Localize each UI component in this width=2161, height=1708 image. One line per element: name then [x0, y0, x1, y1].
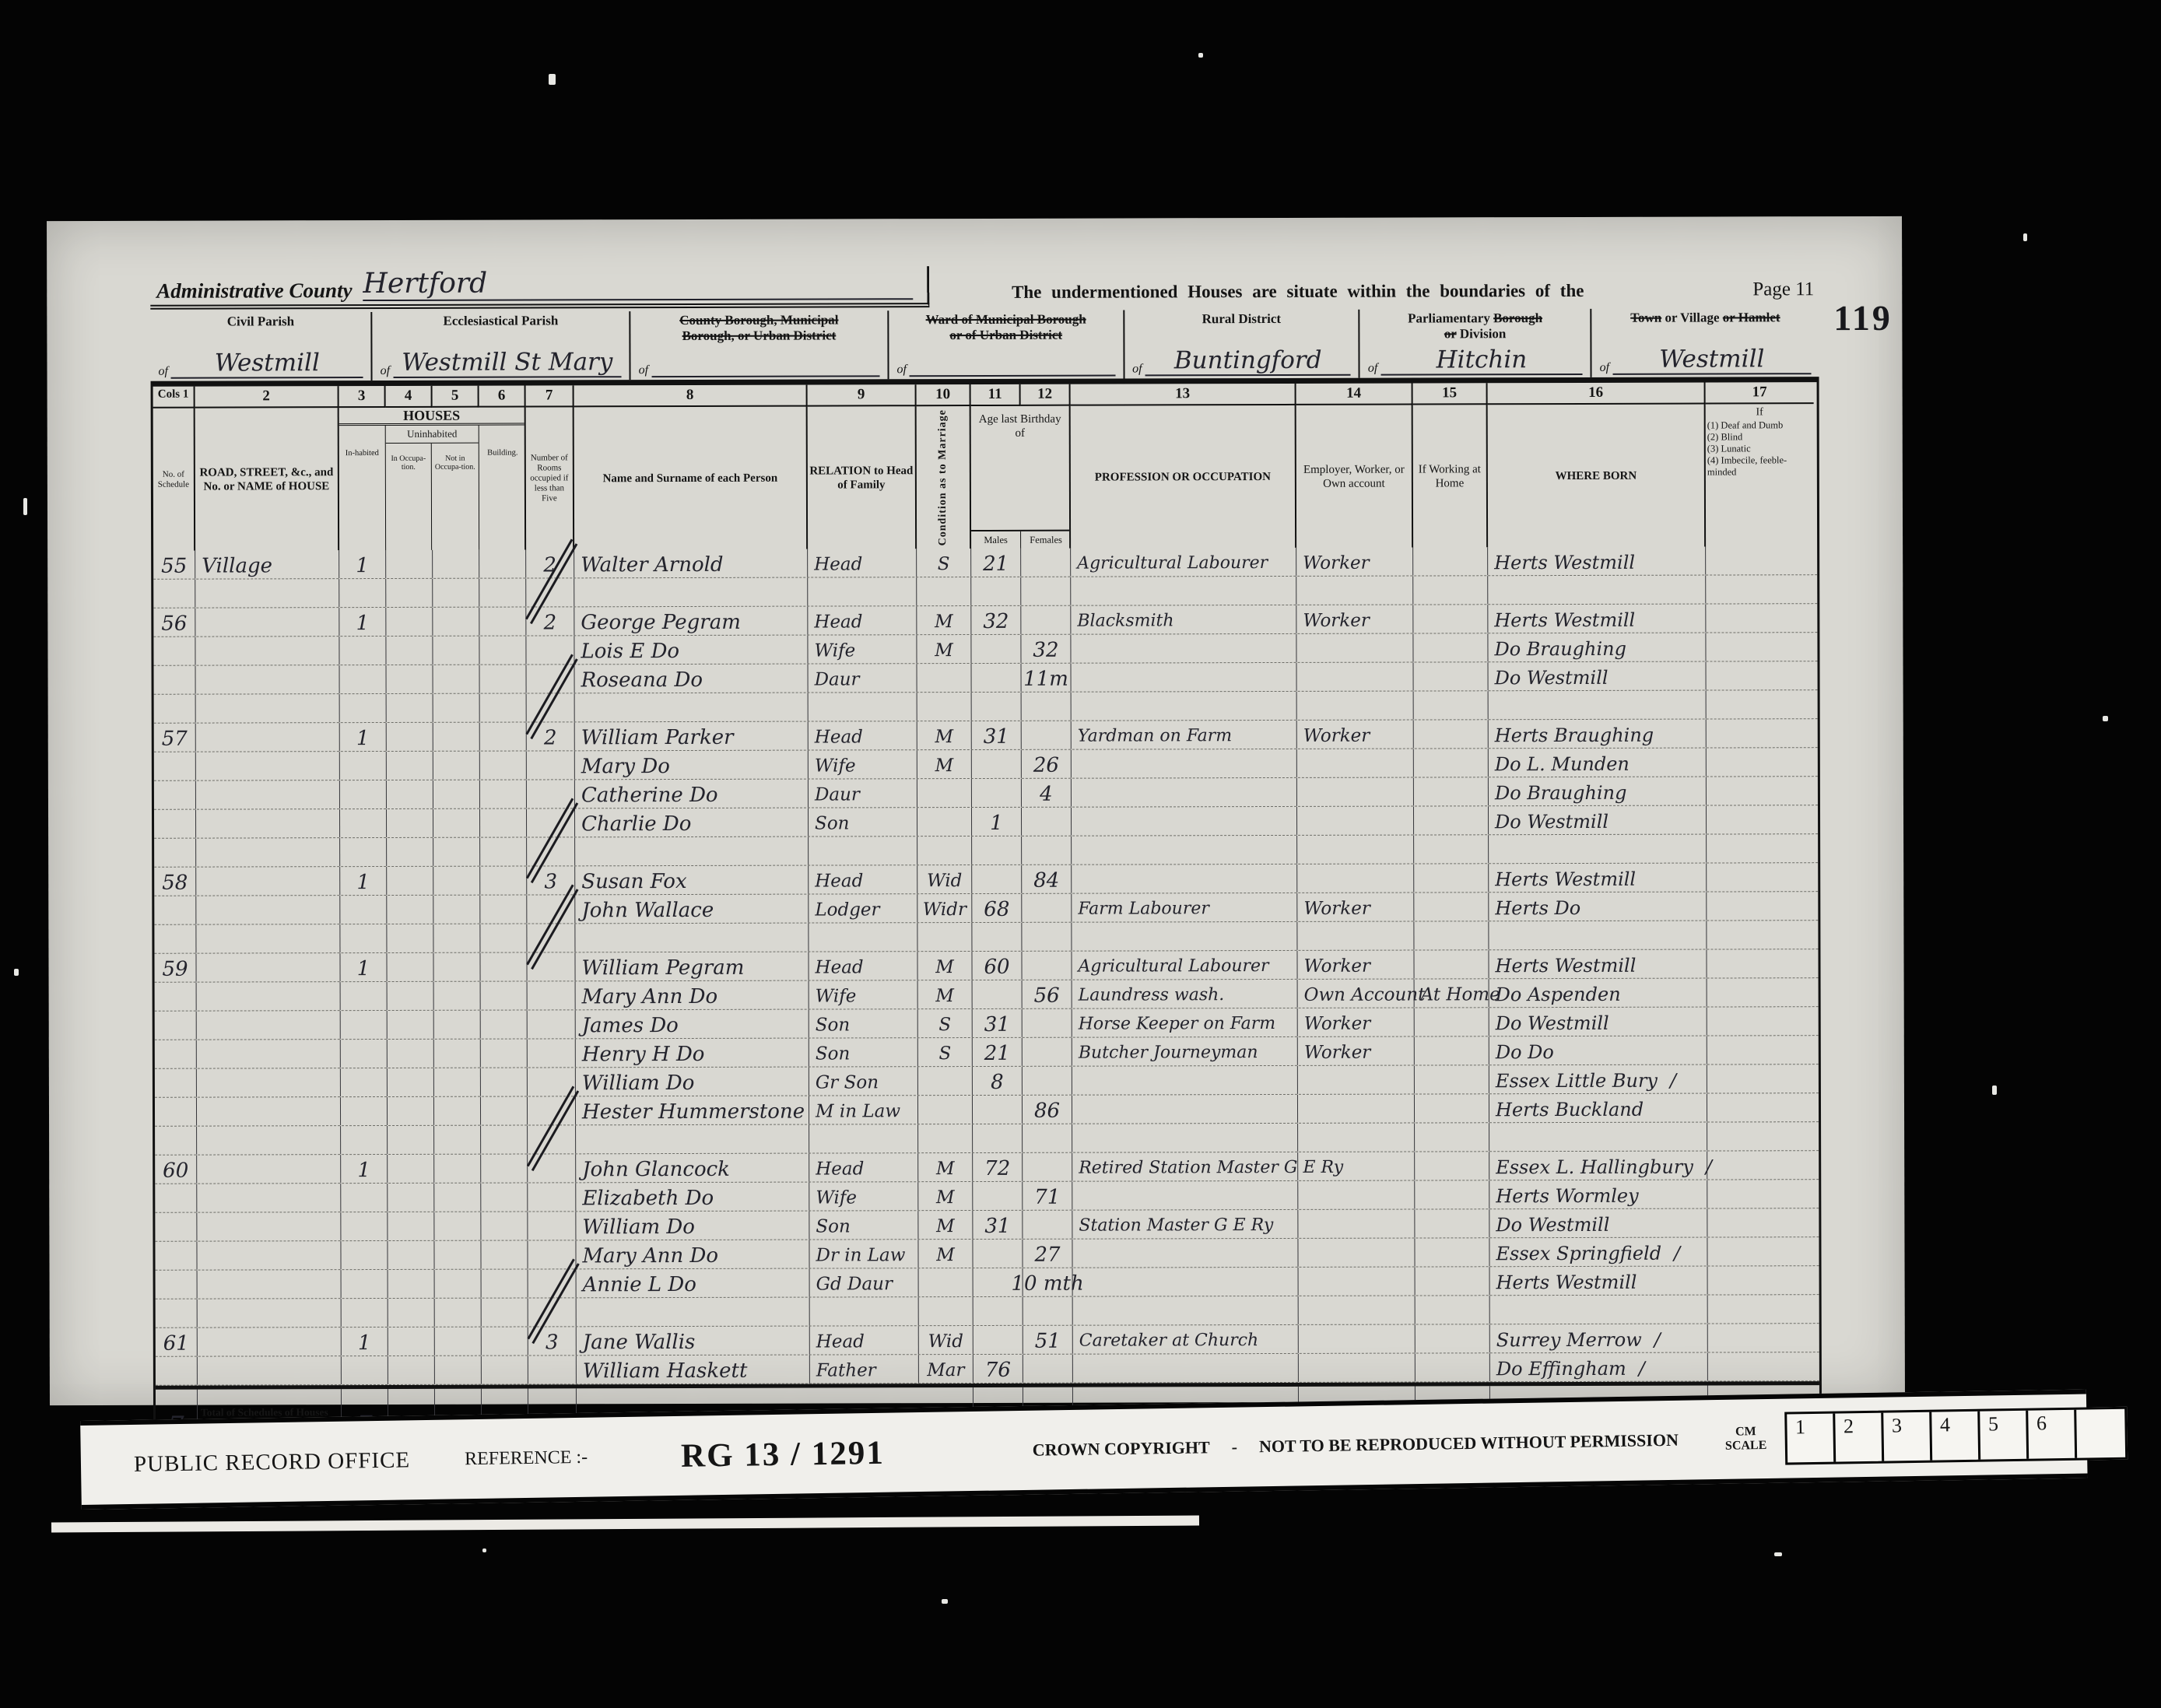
- infirmity-item-4: (4) Imbecile, feeble-minded: [1707, 454, 1812, 478]
- cell-relation: Son: [809, 1038, 918, 1066]
- cell-rooms: [527, 953, 575, 981]
- cell-age-female: [1023, 1009, 1072, 1037]
- separator-row: [156, 1295, 1819, 1328]
- cell-age-female: [1022, 721, 1072, 749]
- cell-age-male: [972, 865, 1022, 893]
- cell-where-born: Do Westmill: [1489, 806, 1707, 835]
- cell-age-female: [1023, 1297, 1073, 1325]
- cell-condition: M: [918, 1211, 973, 1239]
- cell-age-female: [1022, 693, 1072, 721]
- cell-age-male: 60: [972, 952, 1022, 980]
- cell-working-at-home: [1413, 577, 1488, 605]
- header-name: Name and Surname of each Person: [574, 407, 808, 550]
- census-sheet: Administrative County Hertford The under…: [150, 261, 1822, 1488]
- cell-condition: [918, 1096, 973, 1124]
- cell-infirmity: [1707, 805, 1815, 833]
- cell-age-male: 21: [971, 549, 1021, 577]
- cell-age-female: 26: [1022, 750, 1072, 778]
- cell-building: [479, 550, 526, 578]
- ruler-cell: 1: [1787, 1414, 1836, 1463]
- cell-inhabited: [341, 1011, 388, 1039]
- cell-building: [481, 1212, 528, 1240]
- cell-uninhabited-not-occupation: [434, 1040, 481, 1068]
- cell-age-female: 4: [1022, 779, 1072, 807]
- column-number: 16: [1488, 383, 1706, 405]
- cell-relation: [810, 1297, 919, 1325]
- cell-where-born: Do L. Munden: [1489, 749, 1707, 777]
- cell-occupation: [1073, 1268, 1299, 1296]
- cell-rooms: [528, 1299, 577, 1327]
- cell-uninhabited-in-occupation: [387, 723, 433, 751]
- cell-where-born: Do Braughing: [1489, 777, 1707, 806]
- cell-road-name: [196, 953, 340, 981]
- cell-relation: Wife: [809, 750, 917, 778]
- district-label: Rural District: [1128, 311, 1356, 328]
- cell-inhabited: [341, 1040, 388, 1068]
- cell-road-name: [196, 896, 340, 924]
- cell-employer-status: [1296, 577, 1413, 605]
- column-number: 10: [917, 384, 971, 406]
- cell-schedule-number: [155, 1127, 197, 1155]
- of-word: of: [896, 363, 907, 377]
- film-speck: [1198, 53, 1203, 58]
- cell-uninhabited-not-occupation: [435, 1356, 482, 1384]
- cell-where-born: [1489, 921, 1707, 950]
- admin-county-row: Administrative County Hertford The under…: [150, 261, 1819, 310]
- cell-schedule-number: [153, 580, 195, 608]
- cell-building: [479, 579, 526, 607]
- cell-building: [480, 896, 527, 924]
- district-boxes-row: Civil ParishofWestmillEcclesiastical Par…: [150, 308, 1819, 381]
- cell-person-name: Mary Ann Do: [576, 1240, 809, 1269]
- cell-where-born: [1489, 835, 1707, 864]
- cell-infirmity: [1707, 690, 1815, 718]
- cell-where-born: [1490, 1296, 1708, 1324]
- column-number: 17: [1706, 382, 1814, 404]
- cell-working-at-home: [1414, 836, 1489, 864]
- district-value: Westmill: [171, 349, 363, 379]
- cell-schedule-number: [155, 1069, 197, 1097]
- cell-employer-status: [1297, 922, 1414, 950]
- cell-condition: M: [918, 1153, 973, 1181]
- uninhabited-subcolumns: In Occupa-tion. Not in Occupa-tion.: [386, 444, 479, 551]
- cell-age-female: [1023, 1124, 1072, 1152]
- district-label: County Borough, MunicipalBorough, or Urb…: [633, 312, 884, 344]
- header-employer: Employer, Worker, or Own account: [1296, 405, 1413, 549]
- column-number: 3: [339, 386, 386, 408]
- cell-working-at-home: [1416, 1296, 1490, 1324]
- cell-inhabited: [339, 579, 386, 607]
- cell-schedule-number: [154, 781, 196, 809]
- cell-rooms: 2: [526, 608, 574, 636]
- cell-condition: [917, 664, 972, 692]
- cell-building: [481, 1011, 528, 1039]
- district-box: Civil ParishofWestmill: [150, 312, 370, 381]
- header-rooms: Number of Rooms occupied if less than Fi…: [526, 407, 574, 549]
- district-box: County Borough, MunicipalBorough, or Urb…: [629, 310, 887, 380]
- district-box: Ecclesiastical ParishofWestmill St Mary: [370, 311, 629, 381]
- cell-schedule-number: 58: [154, 868, 196, 896]
- cell-road-name: [197, 1126, 341, 1154]
- film-speck: [2023, 233, 2027, 241]
- separator-dash: -: [1231, 1437, 1237, 1457]
- cell-age-male: 72: [973, 1153, 1023, 1181]
- cell-inhabited: [340, 838, 387, 866]
- cell-building: [480, 924, 527, 952]
- cell-person-name: [574, 578, 808, 607]
- person-row: Elizabeth DoWifeM71Herts Wormley: [155, 1180, 1819, 1213]
- cell-occupation: [1071, 634, 1296, 663]
- cell-employer-status: [1299, 1268, 1416, 1296]
- cell-age-male: [973, 1182, 1023, 1210]
- column-number: 13: [1071, 384, 1296, 406]
- column-number: Cols 1: [153, 387, 195, 409]
- cell-working-at-home: [1415, 1181, 1489, 1209]
- cell-uninhabited-not-occupation: [435, 1270, 482, 1298]
- cell-person-name: Hester Hummerstone: [576, 1096, 809, 1125]
- cell-rooms: [527, 694, 575, 722]
- cell-uninhabited-not-occupation: [433, 637, 479, 665]
- cell-road-name: [198, 1270, 342, 1298]
- person-row: Annie L DoGd Daur10 mthHerts Westmill: [156, 1266, 1819, 1299]
- cell-rooms: [528, 1356, 577, 1384]
- cell-road-name: [196, 809, 340, 837]
- cell-person-name: John Wallace: [575, 895, 809, 924]
- cell-condition: Wid: [917, 865, 972, 893]
- cell-uninhabited-not-occupation: [433, 838, 480, 866]
- cell-age-female: [1021, 549, 1071, 577]
- cell-inhabited: [341, 1212, 388, 1240]
- cell-inhabited: [340, 780, 387, 808]
- cell-age-female: [1022, 894, 1072, 922]
- cell-road-name: [196, 780, 340, 808]
- cell-condition: M: [918, 1240, 973, 1268]
- record-office-label: PUBLIC RECORD OFFICE: [134, 1447, 411, 1478]
- cell-infirmity: [1707, 1122, 1815, 1150]
- cell-schedule-number: 59: [154, 954, 196, 982]
- separator-row: [154, 690, 1818, 724]
- cell-schedule-number: [154, 810, 196, 838]
- cell-infirmity: [1707, 1036, 1815, 1064]
- cell-occupation: [1072, 1124, 1298, 1152]
- cell-uninhabited-in-occupation: [387, 924, 433, 952]
- header-infirmity: If (1) Deaf and Dumb (2) Blind (3) Lunat…: [1706, 404, 1814, 547]
- cell-employer-status: Worker: [1298, 1037, 1415, 1065]
- cell-road-name: [196, 838, 340, 866]
- header-condition: Condition as to Marriage: [917, 406, 971, 549]
- cell-occupation: [1071, 577, 1296, 605]
- cell-relation: Daur: [809, 664, 917, 692]
- cell-employer-status: [1298, 1152, 1415, 1180]
- cell-age-female: 11m: [1022, 664, 1072, 692]
- cell-building: [481, 1126, 528, 1154]
- film-edge-strip: [51, 1515, 1199, 1532]
- cell-inhabited: [340, 809, 387, 837]
- cell-uninhabited-not-occupation: [434, 1068, 481, 1096]
- cell-condition: S: [918, 1009, 973, 1037]
- cell-employer-status: [1297, 692, 1414, 720]
- cell-person-name: [577, 1298, 810, 1327]
- person-row: Hester HummerstoneM in Law86Herts Buckla…: [155, 1093, 1819, 1127]
- cell-relation: Head: [808, 606, 917, 634]
- district-label: Town or Village or Hamlet: [1594, 310, 1815, 326]
- column-number: 5: [433, 386, 479, 408]
- cell-rooms: [528, 1212, 576, 1240]
- cell-person-name: [575, 837, 809, 866]
- cell-where-born: Herts Westmill: [1490, 1267, 1708, 1296]
- header-uninhabited-group: Uninhabited In Occupa-tion. Not in Occup…: [386, 426, 479, 551]
- district-box: Town or Village or HamletofWestmill: [1590, 308, 1819, 377]
- cell-condition: M: [917, 721, 972, 749]
- cell-where-born: Surrey Merrow∕: [1490, 1324, 1708, 1353]
- cell-where-born: Herts Buckland: [1489, 1094, 1707, 1123]
- cm-scale-ruler: 123456: [1785, 1407, 2128, 1465]
- separator-row: [153, 575, 1817, 608]
- cell-person-name: [575, 693, 809, 722]
- cell-inhabited: [341, 1068, 388, 1096]
- cell-rooms: [526, 579, 574, 607]
- cell-schedule-number: 56: [153, 608, 195, 637]
- cell-age-male: [973, 1240, 1023, 1268]
- cell-road-name: [196, 752, 340, 780]
- cell-building: [480, 953, 527, 981]
- cell-employer-status: [1298, 1210, 1415, 1238]
- separator-row: [154, 834, 1818, 868]
- cell-occupation: [1072, 692, 1297, 721]
- cell-person-name: Catherine Do: [575, 780, 809, 808]
- cell-inhabited: [339, 637, 386, 665]
- film-speck: [549, 74, 556, 85]
- cell-inhabited: [341, 1241, 388, 1269]
- cell-relation: Daur: [809, 779, 917, 807]
- cell-occupation: Agricultural Labourer: [1071, 548, 1296, 577]
- cell-uninhabited-in-occupation: [388, 1212, 434, 1240]
- cell-working-at-home: [1413, 605, 1488, 633]
- cell-infirmity: [1707, 719, 1815, 747]
- cell-occupation: [1072, 749, 1297, 778]
- cell-where-born: [1489, 691, 1707, 720]
- cell-inhabited: [342, 1299, 388, 1327]
- cell-age-male: [972, 693, 1022, 721]
- cell-working-at-home: [1415, 1210, 1489, 1238]
- cell-relation: Dr in Law: [809, 1240, 918, 1268]
- column-number: 14: [1296, 384, 1413, 405]
- header-where-born: WHERE BORN: [1488, 405, 1706, 548]
- cell-uninhabited-in-occupation: [388, 1126, 434, 1154]
- cell-person-name: James Do: [576, 1010, 809, 1039]
- person-row: 5612George PegramHeadM32BlacksmithWorker…: [153, 604, 1817, 637]
- cell-uninhabited-not-occupation: [433, 867, 480, 895]
- person-row: Henry H DoSonS21Butcher JourneymanWorker…: [155, 1036, 1819, 1069]
- cell-where-born: Herts Do: [1489, 893, 1707, 921]
- cell-age-male: 21: [973, 1038, 1023, 1066]
- cell-uninhabited-in-occupation: [388, 1155, 434, 1183]
- cell-where-born: Do Westmill: [1489, 662, 1707, 691]
- cell-where-born: Do Aspenden: [1489, 979, 1707, 1008]
- cell-occupation: [1073, 1354, 1299, 1383]
- cell-uninhabited-not-occupation: [435, 1327, 482, 1356]
- cell-where-born: Herts Wormley: [1489, 1180, 1707, 1209]
- cell-where-born: Essex L. Hallingbury∕: [1489, 1152, 1707, 1180]
- cell-working-at-home: [1414, 721, 1489, 749]
- header-houses-group: HOUSES In-habited Uninhabited In Occupa-…: [339, 408, 526, 551]
- cell-age-male: [974, 1326, 1023, 1354]
- film-speck: [942, 1599, 948, 1604]
- cell-infirmity: [1707, 1208, 1815, 1236]
- film-speck: [482, 1548, 486, 1552]
- film-speck: [14, 969, 19, 976]
- header-males: Males: [971, 531, 1021, 549]
- cell-building: [480, 809, 527, 837]
- cell-schedule-number: 60: [155, 1156, 197, 1184]
- cell-uninhabited-in-occupation: [388, 1299, 435, 1327]
- cell-age-female: 27: [1023, 1240, 1072, 1268]
- cell-where-born: Do Westmill: [1489, 1209, 1707, 1238]
- cell-occupation: Yardman on Farm: [1072, 721, 1297, 749]
- cell-inhabited: 1: [340, 867, 387, 895]
- cell-working-at-home: [1415, 1037, 1489, 1065]
- cell-schedule-number: [155, 1098, 197, 1126]
- cell-schedule-number: [156, 1271, 198, 1299]
- cell-condition: Widr: [917, 894, 972, 922]
- cell-infirmity: [1707, 748, 1815, 776]
- cell-person-name: Jane Wallis: [577, 1327, 810, 1356]
- houses-subheaders: In-habited Uninhabited In Occupa-tion. N…: [339, 426, 524, 551]
- cell-occupation: [1072, 922, 1297, 951]
- cell-relation: Head: [809, 721, 917, 749]
- cell-employer-status: Own Account: [1298, 980, 1415, 1008]
- cell-road-name: [198, 1327, 342, 1356]
- of-word: of: [639, 363, 649, 377]
- cell-inhabited: [342, 1356, 388, 1384]
- district-label: Civil Parish: [153, 314, 367, 330]
- person-row: Catherine DoDaur4Do Braughing: [154, 777, 1818, 810]
- cell-rooms: [528, 1184, 576, 1212]
- cell-building: [482, 1327, 528, 1356]
- cell-road-name: [197, 1011, 341, 1039]
- cell-schedule-number: [154, 896, 196, 924]
- cell-rooms: [528, 982, 576, 1010]
- cell-working-at-home: [1413, 548, 1488, 576]
- district-box: Ward of Municipal Boroughor of Urban Dis…: [887, 310, 1123, 380]
- header-females: Females: [1021, 531, 1071, 549]
- cell-inhabited: [340, 896, 387, 924]
- page-number-label: Page 11: [1666, 279, 1819, 306]
- cell-schedule-number: [155, 1040, 197, 1068]
- of-word: of: [1132, 362, 1142, 376]
- cell-age-female: [1023, 1038, 1072, 1066]
- cell-age-male: 31: [973, 1211, 1023, 1239]
- cell-schedule-number: [154, 666, 196, 694]
- cell-infirmity: [1707, 1064, 1815, 1092]
- cell-infirmity: [1707, 1093, 1815, 1121]
- cell-employer-status: [1299, 1354, 1416, 1382]
- cell-occupation: [1072, 1066, 1298, 1095]
- cell-condition: M: [918, 1182, 973, 1210]
- cell-age-male: [972, 923, 1022, 951]
- cell-person-name: Walter Arnold: [574, 549, 808, 578]
- cell-relation: [809, 836, 917, 865]
- cell-uninhabited-in-occupation: [388, 1327, 435, 1356]
- cell-working-at-home: [1414, 778, 1489, 806]
- cell-schedule-number: [154, 752, 196, 780]
- cell-where-born: Essex Springfield∕: [1489, 1238, 1707, 1267]
- cell-infirmity: [1707, 834, 1815, 862]
- microfilm-frame: 119 Administrative County Hertford The u…: [0, 0, 2161, 1708]
- cell-working-at-home: [1414, 692, 1489, 720]
- cell-age-male: 1: [972, 808, 1022, 836]
- cell-age-female: [1022, 952, 1072, 980]
- cell-uninhabited-in-occupation: [388, 1040, 434, 1068]
- cell-relation: Son: [809, 808, 917, 836]
- cell-age-female: [1021, 606, 1071, 634]
- cell-condition: S: [918, 1038, 973, 1066]
- cell-employer-status: Worker: [1297, 893, 1414, 921]
- cell-relation: Son: [809, 1009, 918, 1037]
- cell-person-name: Lois E Do: [574, 636, 808, 665]
- cell-road-name: [196, 723, 340, 751]
- film-speck: [23, 498, 27, 515]
- infirmity-item-1: (1) Deaf and Dumb: [1707, 419, 1812, 431]
- person-row: Roseana DoDaur11mDo Westmill: [154, 661, 1818, 695]
- cell-age-female: [1023, 1067, 1072, 1095]
- cell-relation: [808, 577, 917, 605]
- cell-age-female: [1023, 1355, 1073, 1383]
- district-value: [651, 349, 880, 377]
- admin-county-underline: Hertford: [363, 266, 913, 301]
- enumerator-tick-mark: ∕: [1674, 1242, 1680, 1265]
- person-row: Charlie DoSon1Do Westmill: [154, 805, 1818, 839]
- cell-uninhabited-in-occupation: [388, 982, 434, 1010]
- folio-number-stamp: 119: [1833, 297, 1893, 338]
- cell-where-born: Herts Westmill: [1488, 605, 1706, 633]
- cell-employer-status: [1298, 1066, 1415, 1094]
- cell-occupation: Retired Station Master G E Ry: [1072, 1152, 1298, 1181]
- cell-age-male: [972, 836, 1022, 865]
- cell-uninhabited-not-occupation: [433, 579, 479, 607]
- cell-inhabited: [341, 1097, 388, 1125]
- cell-person-name: Mary Ann Do: [576, 981, 809, 1010]
- cell-uninhabited-in-occupation: [386, 608, 433, 636]
- cell-age-female: 86: [1023, 1096, 1072, 1124]
- cell-condition: M: [917, 606, 971, 634]
- cell-condition: [917, 577, 971, 605]
- cell-employer-status: [1298, 1239, 1415, 1267]
- cell-where-born: Do Do: [1489, 1036, 1707, 1065]
- cell-age-male: [972, 664, 1022, 692]
- cell-uninhabited-not-occupation: [433, 608, 479, 636]
- cell-uninhabited-not-occupation: [434, 1241, 481, 1269]
- person-row: 6113Jane WallisHeadWid51Caretaker at Chu…: [156, 1324, 1819, 1357]
- cell-infirmity: [1706, 604, 1814, 632]
- infirmity-item-3: (3) Lunatic: [1707, 443, 1812, 454]
- cell-uninhabited-not-occupation: [433, 896, 480, 924]
- ruler-cell: [2077, 1409, 2126, 1458]
- column-number: 11: [971, 384, 1021, 406]
- cell-employer-status: [1299, 1325, 1416, 1353]
- cell-rooms: [528, 1040, 576, 1068]
- cell-uninhabited-not-occupation: [433, 694, 480, 722]
- cell-uninhabited-not-occupation: [433, 665, 480, 693]
- header-in-occupation: In Occupa-tion.: [386, 444, 432, 550]
- header-infirmity-if: If: [1707, 405, 1812, 419]
- cell-where-born: Essex Little Bury∕: [1489, 1065, 1707, 1094]
- cell-inhabited: [340, 694, 387, 722]
- cell-relation: [809, 923, 917, 951]
- reproduction-notice: NOT TO BE REPRODUCED WITHOUT PERMISSION: [1259, 1430, 1679, 1457]
- cell-road-name: [197, 982, 341, 1010]
- cell-employer-status: [1297, 749, 1414, 777]
